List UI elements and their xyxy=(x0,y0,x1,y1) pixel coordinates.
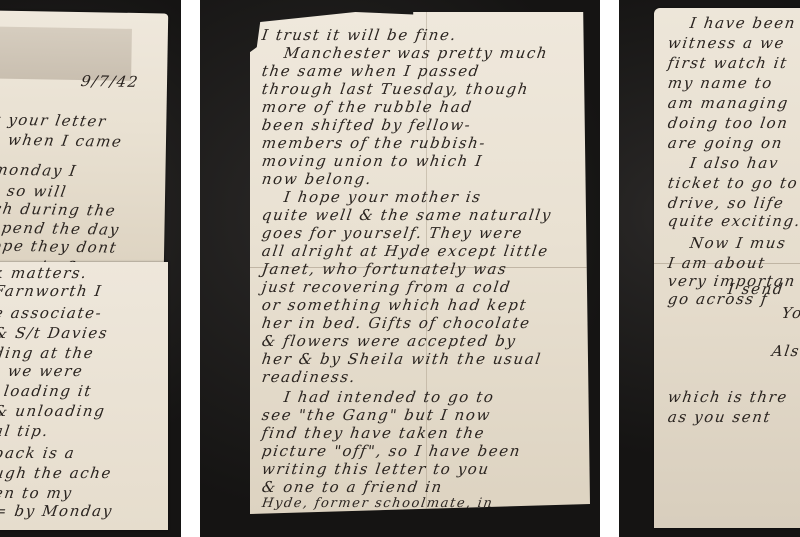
letter-line: al tip. xyxy=(0,422,169,440)
letter-line: I had intended to go to xyxy=(283,388,592,406)
letter-line: en to my xyxy=(0,484,169,502)
letter-line: ding at the xyxy=(0,344,169,362)
letter-line: drive, so life xyxy=(667,194,800,212)
letter-line: witness a we xyxy=(667,34,800,52)
letter-line: my name to xyxy=(667,74,800,92)
letter-line: & unloading xyxy=(0,402,169,420)
right-letter-photo: I have been witness a we first watch it … xyxy=(619,0,800,537)
letter-line: I have been xyxy=(689,14,800,32)
letter-line: picture "off", so I have been xyxy=(261,442,592,460)
letter-line: members of the rubbish- xyxy=(261,134,592,152)
letter-line: t your letter xyxy=(0,111,168,132)
letter-line: Now I mus xyxy=(689,234,800,252)
letter-line: I trust it will be fine. xyxy=(261,26,592,44)
letter-date: 9/7/42 xyxy=(80,72,169,91)
letter-line: we were xyxy=(7,362,170,380)
letter-line: ticket to go to xyxy=(667,174,800,192)
letter-line: Janet, who fortunately was xyxy=(261,260,592,278)
letter-line: which is thre xyxy=(667,388,800,406)
letter-line: the same when I passed xyxy=(261,62,592,80)
letter-line: more of the rubble had xyxy=(261,98,592,116)
left-letter-upper-sheet: 9/7/42 t your letter when I came monday … xyxy=(0,11,168,272)
letter-line: as you sent xyxy=(667,408,800,426)
letter-line: I am about xyxy=(667,254,800,272)
letter-line: I send xyxy=(727,280,800,298)
letter-line: are going on xyxy=(667,134,800,152)
letter-line: writing this letter to you xyxy=(261,460,592,478)
letter-line: & flowers were accepted by xyxy=(261,332,592,350)
letter-line: her in bed. Gifts of chocolate xyxy=(261,314,592,332)
letter-line: her & by Sheila with the usual xyxy=(261,350,592,368)
letter-line: now belong. xyxy=(261,170,592,188)
letter-line: I also hav xyxy=(689,154,800,172)
letter-line: find they have taken the xyxy=(261,424,592,442)
letter-line: quite well & the same naturally xyxy=(261,206,592,224)
letter-line: readiness. xyxy=(261,368,592,386)
letter-line: all alright at Hyde except little xyxy=(261,242,592,260)
right-letter-sheet: I have been witness a we first watch it … xyxy=(654,8,800,528)
letter-line: or something which had kept xyxy=(261,296,592,314)
letter-line: I hope your mother is xyxy=(283,188,592,206)
letter-line: ch during the xyxy=(0,200,166,221)
letter-line: when I came xyxy=(7,131,168,152)
letter-line: Yo xyxy=(781,304,800,322)
left-letter-lower-sheet: k matters. Farnworth I e associate- & S/… xyxy=(0,262,168,530)
letter-line: ugh the ache xyxy=(0,464,169,482)
letter-line: Hyde, former schoolmate, in xyxy=(261,496,591,511)
middle-letter-sheet: I trust it will be fine. Manchester was … xyxy=(250,12,590,514)
letter-line: & one to a friend in xyxy=(261,478,592,496)
letter-line: Also: xyxy=(771,342,800,360)
letter-line: Farnworth I xyxy=(0,282,169,300)
letter-line: am managing xyxy=(667,94,800,112)
letter-line: Manchester was pretty much xyxy=(283,44,592,62)
letter-line: just recovering from a cold xyxy=(261,278,592,296)
letter-line: & S/t Davies xyxy=(0,324,169,342)
letter-line: monday I xyxy=(0,161,167,182)
letter-line: through last Tuesday, though xyxy=(261,80,592,98)
letter-line: e associate- xyxy=(0,304,169,322)
letter-line: doing too lon xyxy=(667,114,800,132)
letter-line: first watch it xyxy=(667,54,800,72)
letter-line: = by Monday xyxy=(0,502,169,520)
letter-line: see "the Gang" but I now xyxy=(261,406,592,424)
letter-line: quite exciting. xyxy=(667,212,800,230)
letter-line: loading it xyxy=(3,382,170,400)
middle-letter-photo: I trust it will be fine. Manchester was … xyxy=(200,0,600,537)
letter-line: k matters. xyxy=(0,264,169,282)
letter-line: moving union to which I xyxy=(261,152,592,170)
letter-line: been shifted by fellow- xyxy=(261,116,592,134)
letter-line: goes for yourself. They were xyxy=(261,224,592,242)
letter-line: ope they dont xyxy=(0,237,166,258)
left-letter-photo: 9/7/42 t your letter when I came monday … xyxy=(0,0,181,537)
letter-line: back is a xyxy=(0,444,169,462)
